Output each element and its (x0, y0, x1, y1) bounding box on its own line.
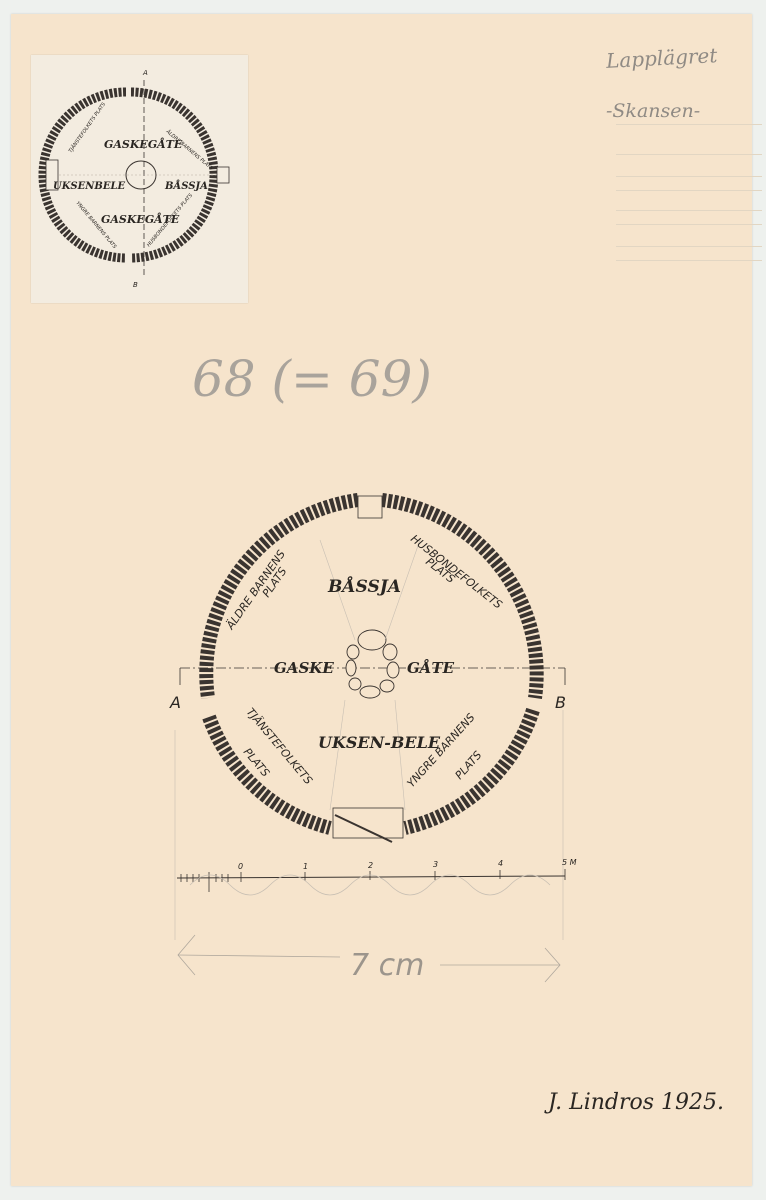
section-b-label: B (555, 693, 566, 712)
scale-tick-4: 4 (498, 859, 503, 868)
hearth-stones (346, 630, 399, 698)
scale-bar: 0 1 2 3 4 5 M (177, 858, 577, 895)
scale-tick-2: 2 (368, 861, 373, 870)
label-uksen-bele: UKSEN-BELE (318, 733, 441, 752)
label-yngre-plats: PLATS (453, 749, 485, 782)
top-door (358, 496, 382, 518)
label-tjanstefolkets: TJÄNSTEFOLKETS (244, 706, 315, 787)
bottom-door (333, 808, 403, 838)
label-bassja: BÅSSJA (327, 575, 401, 597)
label-husbondefolkets: HUSBONDEFOLKETS (408, 532, 504, 611)
section-a-label: A (169, 693, 181, 712)
scale-tick-1: 1 (303, 862, 308, 871)
scale-tick-0: 0 (238, 862, 243, 871)
scale-tick-5m: 5 M (562, 858, 577, 867)
label-gate: GÅTE (407, 659, 455, 677)
main-plan-drawing: A B BÅSSJA GASKE GÅTE UKSEN-BELE ÄLDRE B… (0, 0, 766, 1200)
scale-tick-3: 3 (433, 860, 438, 869)
dimension-label: 7 cm (350, 948, 424, 983)
label-gaske: GASKE (274, 659, 334, 677)
